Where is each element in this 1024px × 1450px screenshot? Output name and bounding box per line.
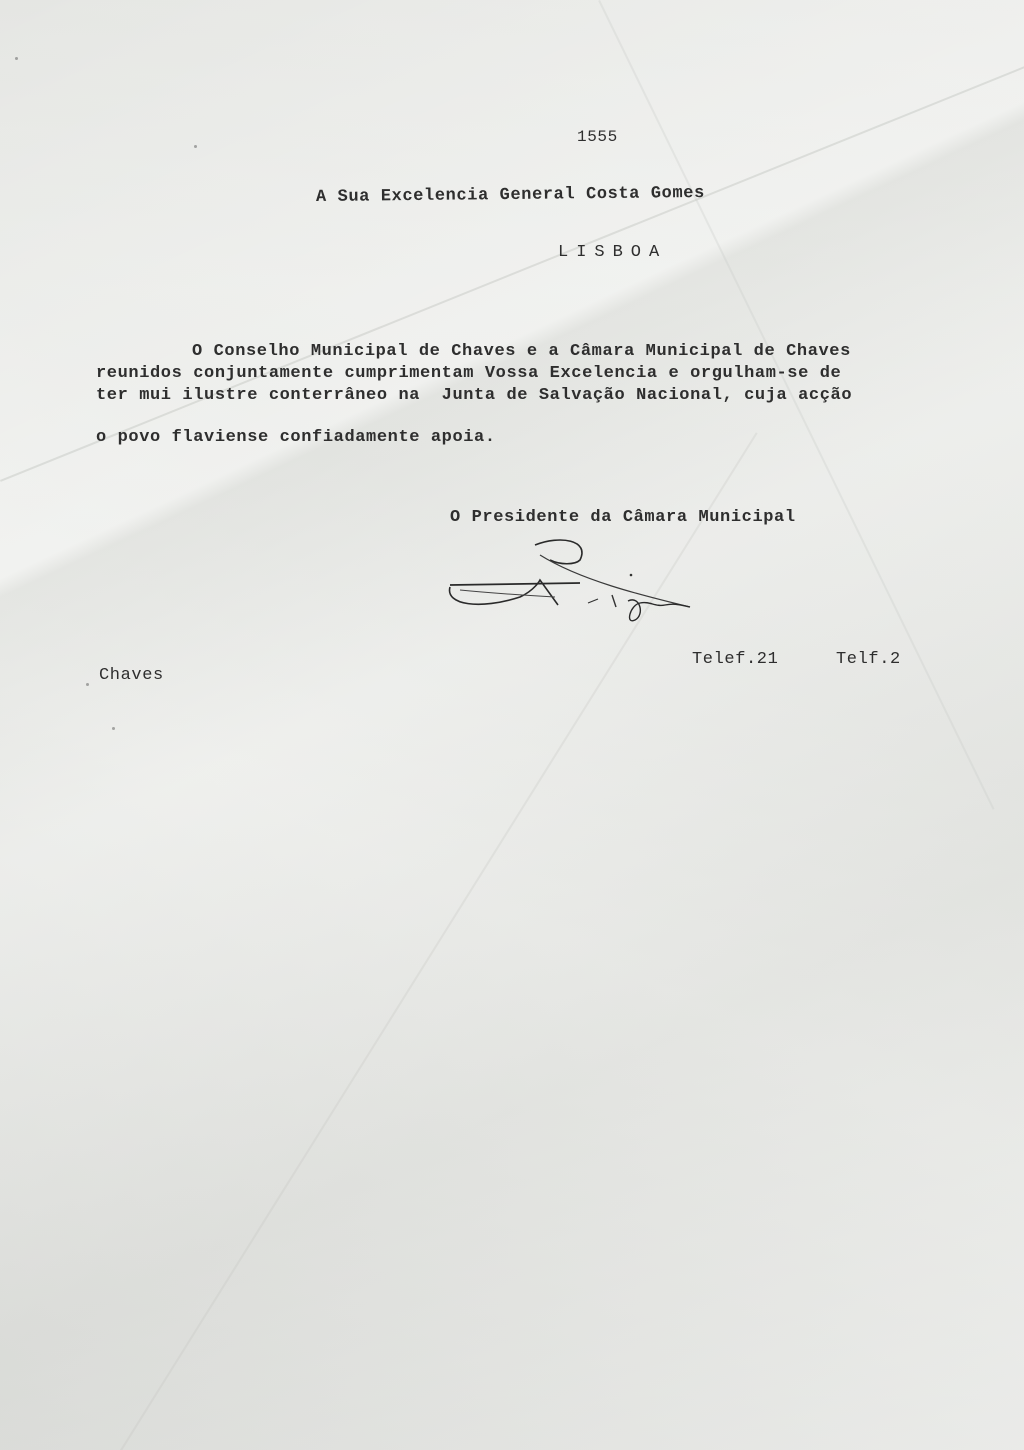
body-line-3: ter mui ilustre conterrâneo na Junta de … <box>96 386 852 405</box>
paper-speck <box>15 57 18 60</box>
destination-city: LISBOA <box>558 243 667 262</box>
body-line-2: reunidos conjuntamente cumprimentam Voss… <box>96 364 841 383</box>
paper-speck <box>112 727 115 730</box>
body-line-4: o povo flaviense confiadamente apoia. <box>96 428 496 447</box>
phone-number-2: Telf.2 <box>836 650 901 669</box>
paper-speck <box>194 145 197 148</box>
body-line-1: O Conselho Municipal de Chaves e a Câmar… <box>192 342 851 361</box>
paper-speck <box>86 683 89 686</box>
signatory-title: O Presidente da Câmara Municipal <box>450 508 796 527</box>
phone-number-1: Telef.21 <box>692 650 778 669</box>
scanned-letter-page: 1555 A Sua Excelencia General Costa Gome… <box>0 0 1024 1450</box>
addressee-line: A Sua Excelencia General Costa Gomes <box>316 184 705 207</box>
place-name: Chaves <box>99 666 164 685</box>
reference-number: 1555 <box>577 128 618 146</box>
paper-crease <box>0 30 1024 481</box>
handwritten-signature-icon <box>440 535 720 625</box>
